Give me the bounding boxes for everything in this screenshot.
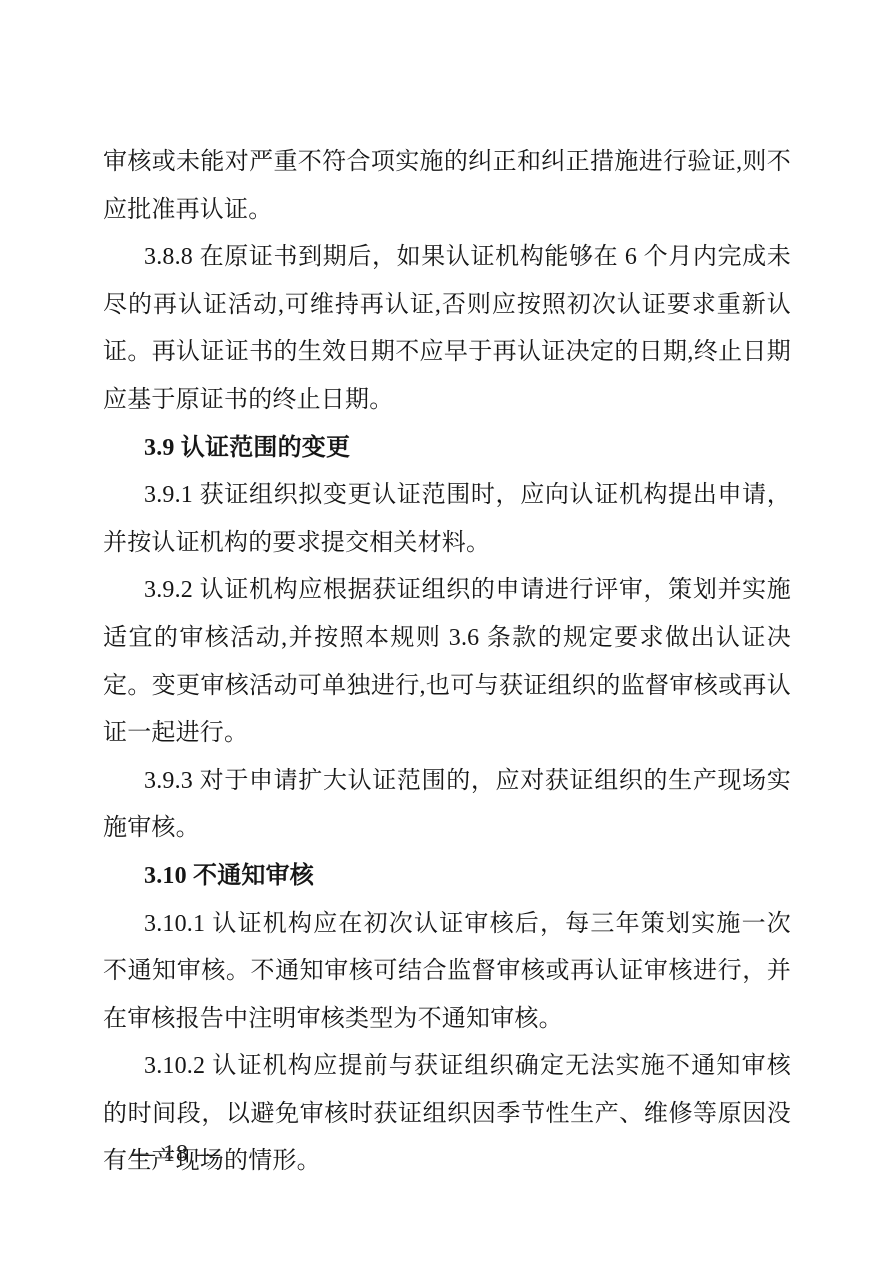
paragraph-3-9-1: 3.9.1 获证组织拟变更认证范围时，应向认证机构提出申请，并按认证机构的要求提… xyxy=(103,472,791,567)
paragraph-3-8-7-continuation: 审核或未能对严重不符合项实施的纠正和纠正措施进行验证,则不应批准再认证。 xyxy=(103,139,791,234)
document-page: 审核或未能对严重不符合项实施的纠正和纠正措施进行验证,则不应批准再认证。 3.8… xyxy=(0,0,892,1262)
document-content: 审核或未能对严重不符合项实施的纠正和纠正措施进行验证,则不应批准再认证。 3.8… xyxy=(103,139,791,1186)
section-heading-3-10: 3.10 不通知审核 xyxy=(103,853,791,901)
paragraph-3-10-1: 3.10.1 认证机构应在初次认证审核后，每三年策划实施一次不通知审核。不通知审… xyxy=(103,901,791,1044)
page-number: — 18 — xyxy=(131,1141,221,1167)
paragraph-3-9-3: 3.9.3 对于申请扩大认证范围的，应对获证组织的生产现场实施审核。 xyxy=(103,758,791,853)
paragraph-3-8-8: 3.8.8 在原证书到期后，如果认证机构能够在 6 个月内完成未尽的再认证活动,… xyxy=(103,234,791,424)
page-footer: — 18 — xyxy=(131,1140,221,1168)
paragraph-3-9-2: 3.9.2 认证机构应根据获证组织的申请进行评审，策划并实施适宜的审核活动,并按… xyxy=(103,567,791,757)
section-heading-3-9: 3.9 认证范围的变更 xyxy=(103,425,791,473)
